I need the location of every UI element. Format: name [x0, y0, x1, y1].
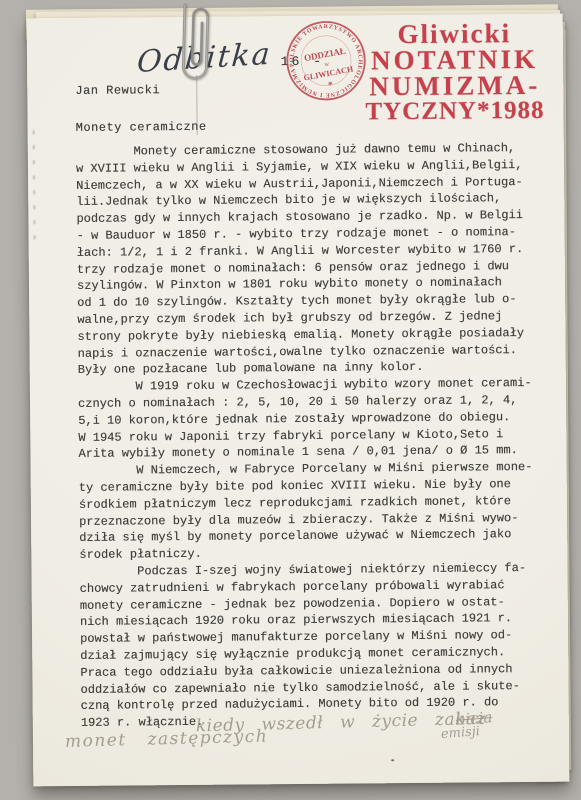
journal-title-stamp: Gliwicki NOTATNIK NUMIZMA- TYCZNY*1988 [352, 20, 558, 126]
journal-title-line-3: NUMIZMA- [352, 72, 557, 100]
paper-clip [176, 2, 216, 91]
round-stamp-star-icon: * [327, 80, 334, 91]
document-page: Odbitka - 16 - POLSKIE TOWARZYSTWO ARCHE… [27, 14, 570, 787]
author-name: Jan Rewucki [75, 83, 160, 98]
article-title: Monety ceramiczne [76, 120, 207, 135]
scan-scene: Odbitka - 16 - POLSKIE TOWARZYSTWO ARCHE… [0, 0, 581, 800]
paragraph-3: W Niemczech, w Fabryce Porcelany w Miśni… [79, 459, 532, 564]
pencil-note-line-2: monet zastępczych [65, 727, 269, 752]
photo-background: { "colors": { "background_gray": "#b4b1a… [0, 0, 581, 800]
paragraph-1: Monety ceramiczne stosowano już dawno te… [76, 140, 530, 379]
margin-smudge [33, 130, 36, 250]
paragraph-4: Podczas I-szej wojny światowej niektórzy… [79, 560, 532, 732]
journal-title-line-4: TYCZNY*1988 [352, 98, 557, 126]
article-body: Monety ceramiczne stosowano już dawno te… [76, 140, 533, 732]
pencil-note-correction: emisji [440, 724, 480, 742]
round-stamp-w: w [324, 60, 330, 68]
ink-dot [391, 759, 394, 761]
paragraph-2: W 1919 roku w Czechosłowacji wybito wzor… [78, 375, 531, 463]
